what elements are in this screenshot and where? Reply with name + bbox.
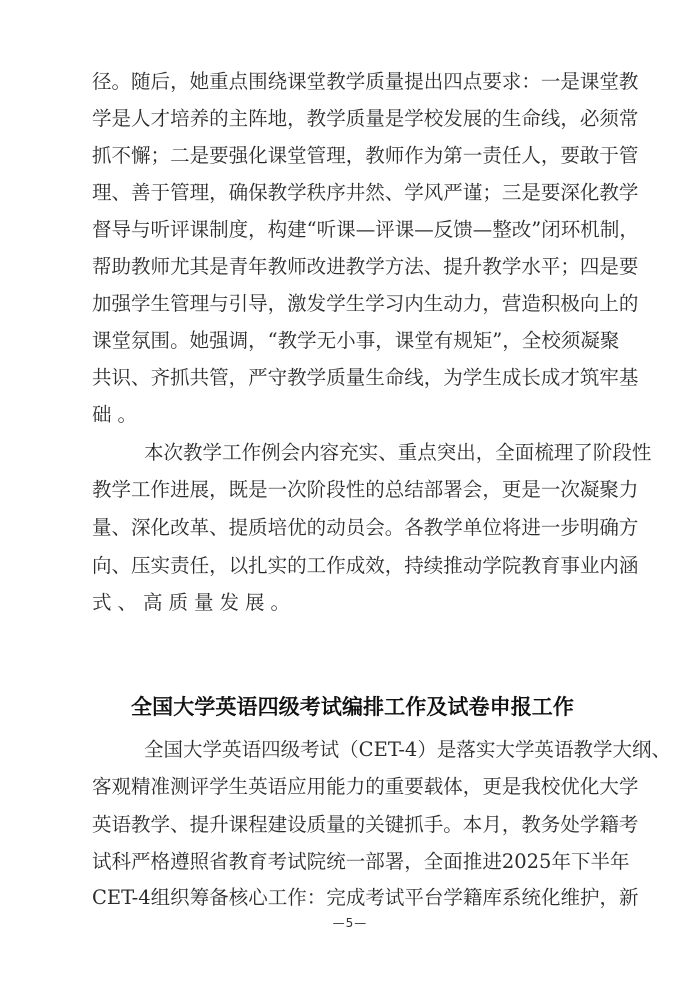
paragraph-1-line-10: 础。 <box>92 400 614 430</box>
paragraph-2-line-1: 本次教学工作例会内容充实、重点突出，全面梳理了阶段性 <box>144 438 614 468</box>
paragraph-1-line-8: 课堂氛围。她强调，“教学无小事，课堂有规矩”，全校须凝聚 <box>92 326 614 356</box>
paragraph-3-line-3: 英语教学、提升课程建设质量的关键抓手。本月，教务处学籍考 <box>92 810 614 840</box>
paragraph-3-line-2: 客观精准测评学生英语应用能力的重要载体，更是我校优化大学 <box>92 772 614 802</box>
document-page: 径。随后，她重点围绕课堂教学质量提出四点要求：一是课堂教 学是人才培养的主阵地，… <box>0 0 700 989</box>
paragraph-1-line-5: 督导与听评课制度，构建“听课—评课—反馈—整改”闭环机制， <box>92 215 614 245</box>
paragraph-1-line-7: 加强学生管理与引导，激发学生学习内生动力，营造积极向上的 <box>92 289 614 319</box>
paragraph-1-line-3: 抓不懈；二是要强化课堂管理，教师作为第一责任人，要敢于管 <box>92 141 614 171</box>
page-number: —5— <box>0 916 700 930</box>
paragraph-3-line-4: 试科严格遵照省教育考试院统一部署，全面推进2025年下半年 <box>92 847 614 877</box>
paragraph-2-line-5: 式、高质量发展。 <box>92 588 614 618</box>
paragraph-2-line-4: 向、压实责任，以扎实的工作成效，持续推动学院教育事业内涵 <box>92 551 614 581</box>
paragraph-1-line-9: 共识、齐抓共管，严守教学质量生命线，为学生成长成才筑牢基 <box>92 363 614 393</box>
paragraph-3-line-5: CET-4组织筹备核心工作：完成考试平台学籍库系统化维护，新 <box>92 883 614 913</box>
paragraph-2-line-2: 教学工作进展，既是一次阶段性的总结部署会，更是一次凝聚力 <box>92 475 614 505</box>
section-heading: 全国大学英语四级考试编排工作及试卷申报工作 <box>131 692 574 722</box>
paragraph-1-line-4: 理、善于管理，确保教学秩序井然、学风严谨；三是要深化教学 <box>92 178 614 208</box>
paragraph-3-line-1: 全国大学英语四级考试（CET-4）是落实大学英语教学大纲、 <box>144 735 614 765</box>
paragraph-1-line-2: 学是人才培养的主阵地，教学质量是学校发展的生命线，必须常 <box>92 104 614 134</box>
paragraph-1-line-6: 帮助教师尤其是青年教师改进教学方法、提升教学水平；四是要 <box>92 252 614 282</box>
paragraph-1-line-1: 径。随后，她重点围绕课堂教学质量提出四点要求：一是课堂教 <box>92 67 614 97</box>
paragraph-2-line-3: 量、深化改革、提质培优的动员会。各教学单位将进一步明确方 <box>92 513 614 543</box>
